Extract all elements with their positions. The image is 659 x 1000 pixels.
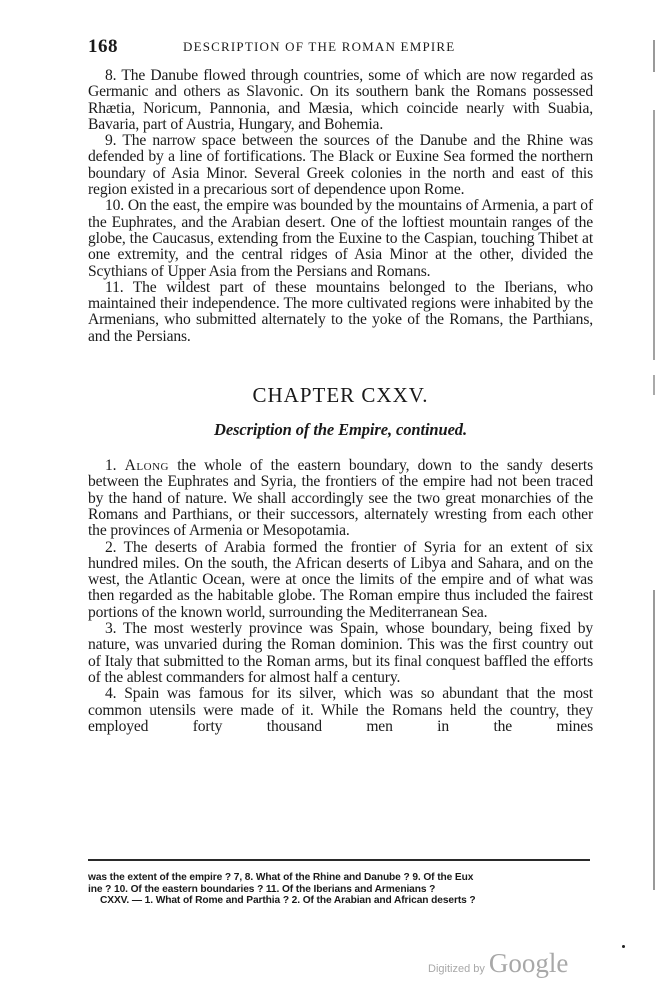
scan-edge-line — [653, 590, 655, 890]
paragraph-number: 11. — [105, 279, 123, 296]
paragraph-number: 2. — [105, 539, 116, 556]
running-header: 168 DESCRIPTION OF THE ROMAN EMPIRE — [88, 36, 593, 62]
digitized-by-google-watermark: Digitized by Google — [428, 948, 568, 979]
footnote-line: ine ? 10. Of the eastern boundaries ? 11… — [88, 884, 593, 896]
page-number: 168 — [88, 36, 118, 58]
chapter-title: CHAPTER CXXV. — [88, 383, 593, 407]
paragraph-number: 10. — [105, 197, 124, 214]
paragraph-text: The wildest part of these mountains belo… — [88, 279, 593, 345]
scan-edge-line — [653, 375, 655, 395]
paragraph-number: 4. — [105, 685, 116, 702]
chapter-paragraph-1: 1. Along the whole of the eastern bounda… — [88, 458, 593, 539]
google-logo: Google — [489, 948, 568, 978]
paragraph-text: The Danube flowed through countries, som… — [88, 67, 593, 133]
paragraph-text: The deserts of Arabia formed the frontie… — [88, 539, 593, 621]
paragraph-11: 11. The wildest part of these mountains … — [88, 280, 593, 345]
watermark-prefix: Digitized by — [428, 963, 485, 975]
paragraph-9: 9. The narrow space between the sources … — [88, 133, 593, 198]
footnote-line: CXXV. — 1. What of Rome and Parthia ? 2.… — [88, 895, 593, 907]
previous-chapter-text: 8. The Danube flowed through countries, … — [88, 68, 593, 345]
paragraph-8: 8. The Danube flowed through countries, … — [88, 68, 593, 133]
paragraph-number: 8. — [105, 67, 116, 84]
chapter-paragraph-3: 3. The most westerly province was Spain,… — [88, 621, 593, 686]
paragraph-text: The most westerly province was Spain, wh… — [88, 620, 593, 686]
chapter-heading: CHAPTER CXXV. Description of the Empire,… — [88, 383, 593, 440]
chapter-subtitle: Description of the Empire, continued. — [88, 420, 593, 440]
chapter-paragraph-4: 4. Spain was famous for its silver, whic… — [88, 686, 593, 735]
paragraph-text: On the east, the empire was bounded by t… — [88, 197, 593, 279]
footnotes-questions: was the extent of the empire ? 7, 8. Wha… — [88, 872, 593, 907]
chapter-text: 1. Along the whole of the eastern bounda… — [88, 458, 593, 735]
paragraph-number: 3. — [105, 620, 116, 637]
footnote-line: was the extent of the empire ? 7, 8. Wha… — [88, 872, 593, 884]
paragraph-text: The narrow space between the sources of … — [88, 132, 593, 198]
paragraph-number: 9. — [105, 132, 116, 149]
paragraph-text: Spain was famous for its silver, which w… — [88, 685, 593, 735]
paragraph-10: 10. On the east, the empire was bounded … — [88, 198, 593, 279]
scan-speck — [622, 945, 625, 948]
scan-edge-line — [653, 110, 655, 360]
book-page: 168 DESCRIPTION OF THE ROMAN EMPIRE 8. T… — [88, 36, 593, 735]
running-title: DESCRIPTION OF THE ROMAN EMPIRE — [183, 39, 455, 55]
chapter-paragraph-2: 2. The deserts of Arabia formed the fron… — [88, 540, 593, 621]
scan-edge-line — [653, 40, 655, 72]
footnote-divider — [88, 859, 590, 861]
paragraph-lead-word: Along — [125, 457, 169, 474]
paragraph-number: 1. — [105, 457, 116, 474]
